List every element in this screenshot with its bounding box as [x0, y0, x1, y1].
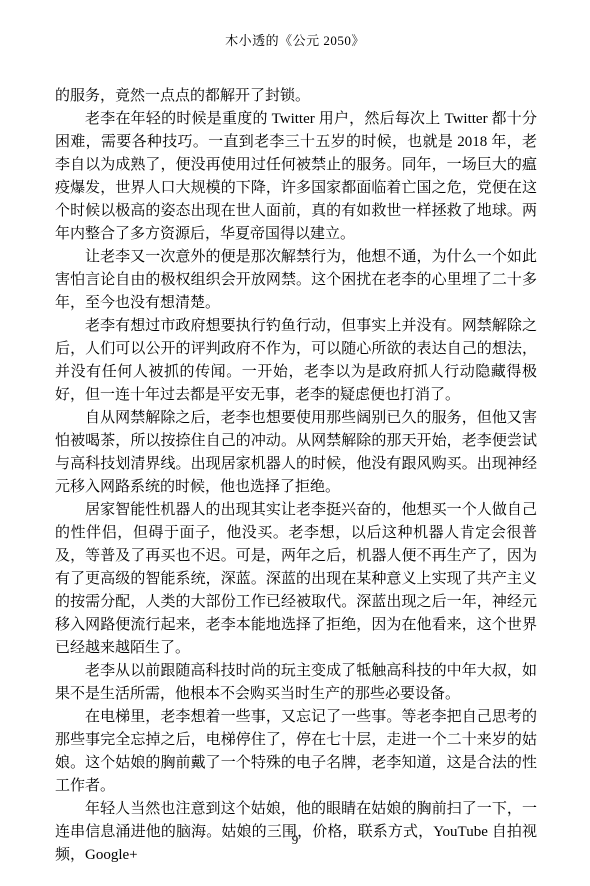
paragraph: 的服务，竟然一点点的都解开了封锁。: [55, 85, 537, 108]
paragraph: 老李在年轻的时候是重度的 Twitter 用户，然后每次上 Twitter 都十…: [55, 108, 537, 246]
paragraph: 老李有想过市政府想要执行钓鱼行动，但事实上并没有。网禁解除之后，人们可以公开的评…: [55, 315, 537, 407]
paragraph: 让老李又一次意外的便是那次解禁行为，他想不通，为什么一个如此害怕言论自由的极权组…: [55, 246, 537, 315]
paragraph: 自从网禁解除之后，老李也想要使用那些阔别已久的服务，但他又害怕被喝茶，所以按捺住…: [55, 407, 537, 499]
page-number: 9: [0, 832, 590, 848]
page-body: 的服务，竟然一点点的都解开了封锁。老李在年轻的时候是重度的 Twitter 用户…: [55, 85, 537, 867]
document-page: 木小透的《公元 2050》 的服务，竟然一点点的都解开了封锁。老李在年轻的时候是…: [0, 0, 590, 886]
paragraph: 居家智能性机器人的出现其实让老李挺兴奋的，他想买一个人做自己的性伴侣，但碍于面子…: [55, 499, 537, 660]
page-title: 木小透的《公元 2050》: [0, 30, 590, 49]
paragraph: 在电梯里，老李想着一些事，又忘记了一些事。等老李把自己思考的那些事完全忘掉之后，…: [55, 706, 537, 798]
paragraph: 老李从以前跟随高科技时尚的玩主变成了牴触高科技的中年大叔，如果不是生活所需，他根…: [55, 660, 537, 706]
